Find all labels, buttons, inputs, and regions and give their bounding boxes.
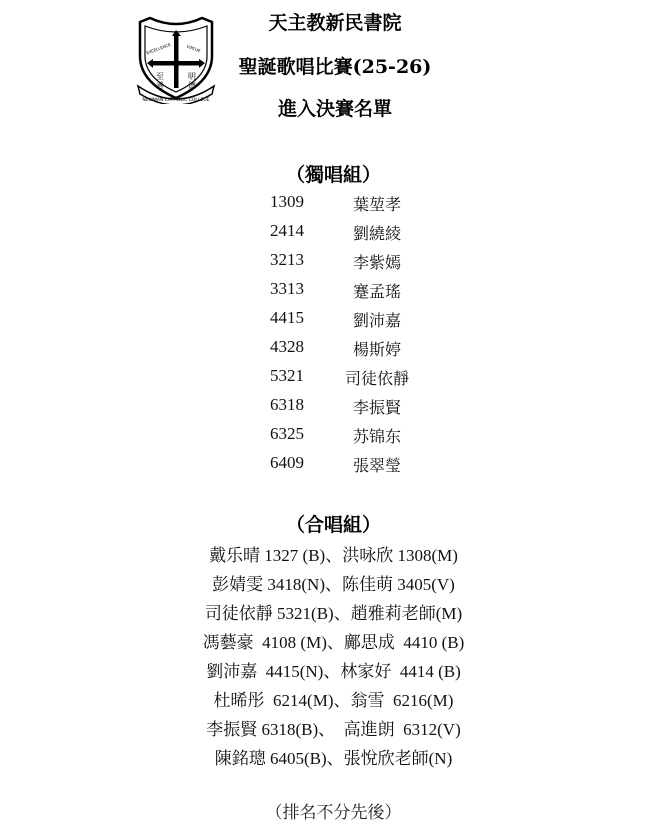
student-name: 張翠瑩 [342, 453, 412, 476]
svg-text:德: 德 [188, 80, 197, 90]
choir-pair-entry: 劉沛嘉 4415(N)、林家好 4414 (B) [0, 657, 667, 682]
student-id: 6325 [270, 424, 304, 444]
student-id: 5321 [270, 366, 304, 386]
solo-entry: 4415劉沛嘉 [270, 308, 470, 334]
choir-pair-entry: 馮藝豪 4108 (M)、鄺思成 4410 (B) [0, 628, 667, 653]
solo-entry: 3313蹇孟瑤 [270, 279, 470, 305]
student-id: 4328 [270, 337, 304, 357]
student-name: 葉堃孝 [342, 192, 412, 215]
student-name: 劉沛嘉 [342, 308, 412, 331]
school-crest-icon: 至 善 明 德 EXCELLENCE VIRTUE NEWMAN CATHOLI… [136, 16, 216, 104]
student-name: 蹇孟瑤 [342, 279, 412, 302]
student-id: 4415 [270, 308, 304, 328]
solo-heading: （獨唱組） [0, 160, 667, 187]
solo-entry: 3213李紫嫣 [270, 250, 470, 276]
svg-text:明: 明 [188, 72, 196, 81]
solo-entry: 4328楊斯婷 [270, 337, 470, 363]
student-name: 楊斯婷 [342, 337, 412, 360]
solo-entry: 1309葉堃孝 [270, 192, 470, 218]
ranking-footnote: （排名不分先後） [0, 798, 667, 823]
solo-entry: 6318李振賢 [270, 395, 470, 421]
student-name: 李紫嫣 [342, 250, 412, 273]
school-crest-logo: 至 善 明 德 EXCELLENCE VIRTUE NEWMAN CATHOLI… [136, 16, 216, 104]
student-id: 1309 [270, 192, 304, 212]
solo-entry: 5321司徒依靜 [270, 366, 470, 392]
page-subtitle: 進入決賽名單 [220, 94, 450, 121]
choir-pair-entry: 杜晞彤 6214(M)、翁雪 6216(M) [0, 686, 667, 711]
svg-text:NEWMAN CATHOLIC COLLEGE: NEWMAN CATHOLIC COLLEGE [142, 97, 209, 103]
school-name: 天主教新民書院 [220, 8, 450, 35]
student-id: 3313 [270, 279, 304, 299]
student-id: 3213 [270, 250, 304, 270]
solo-entry: 2414劉繞綾 [270, 221, 470, 247]
svg-text:至: 至 [156, 72, 164, 81]
event-title: 聖誕歌唱比賽(25-26) [220, 52, 450, 79]
student-name: 李振賢 [342, 395, 412, 418]
choir-pair-entry: 李振賢 6318(B)、 高進朗 6312(V) [0, 715, 667, 740]
student-id: 6409 [270, 453, 304, 473]
student-name: 劉繞綾 [342, 221, 412, 244]
choir-pair-entry: 陳銘璁 6405(B)、張悅欣老師(N) [0, 744, 667, 769]
solo-entry: 6409張翠瑩 [270, 453, 470, 479]
solo-entry: 6325苏锦东 [270, 424, 470, 450]
choir-pair-entry: 司徒依靜 5321(B)、趙雅莉老師(M) [0, 599, 667, 624]
student-id: 2414 [270, 221, 304, 241]
student-name: 苏锦东 [342, 424, 412, 447]
student-name: 司徒依靜 [342, 366, 412, 389]
choir-heading: （合唱組） [0, 510, 667, 537]
student-id: 6318 [270, 395, 304, 415]
choir-pair-entry: 戴乐晴 1327 (B)、洪咏欣 1308(M) [0, 541, 667, 566]
svg-text:善: 善 [156, 80, 164, 90]
choir-pair-entry: 彭婧雯 3418(N)、陈佳萌 3405(V) [0, 570, 667, 595]
